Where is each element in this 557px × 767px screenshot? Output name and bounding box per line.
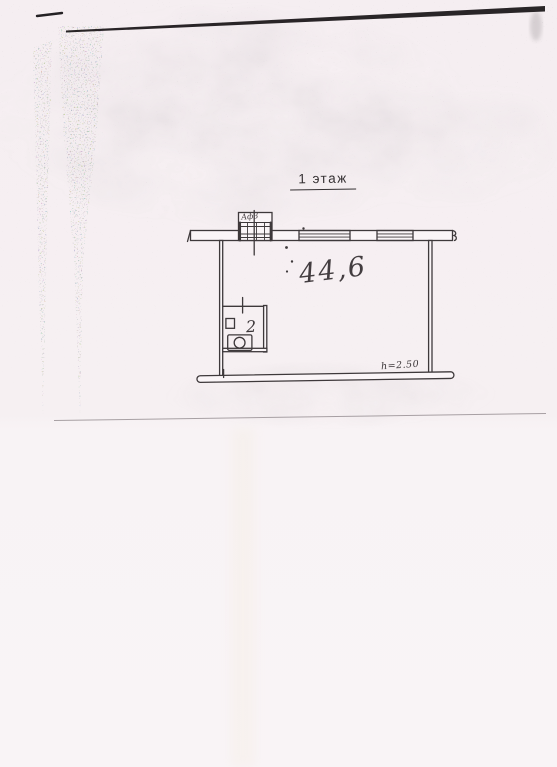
scanned-page: 1 этаж 44,6 2 Аф3 h=2.50 [0,0,557,767]
scan-noise [0,0,557,435]
annex-label: Аф3 [241,211,259,221]
wc-right-wall [264,306,267,353]
floor-title: 1 этаж [290,171,356,191]
right-wall [429,241,432,377]
paper-fold-band [231,428,255,767]
scan-artwork [0,0,557,767]
room-number-label: 2 [246,317,257,337]
edge-smudge [530,11,542,41]
left-wall [220,241,223,382]
